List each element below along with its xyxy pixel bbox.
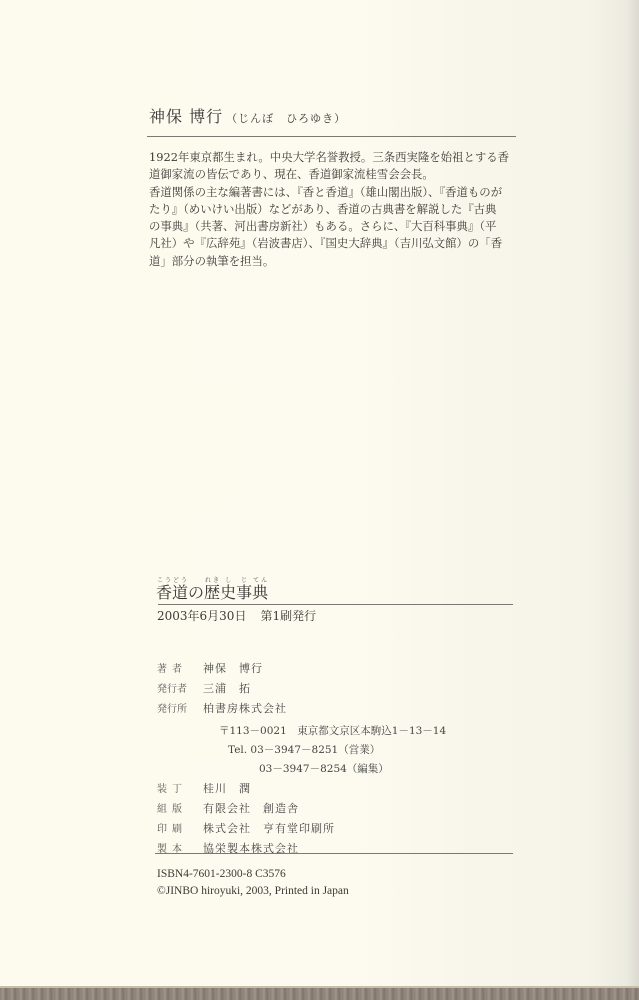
page-bottom-edge [0, 986, 639, 1000]
title-divider [158, 604, 513, 605]
bio-line: の事典』（共著、河出書房新社）もある。さらに、『大百科事典』（平 [149, 218, 519, 235]
author-heading: 神保 博行（じんぼ ひろゆき） [149, 104, 346, 127]
credit-design: 装丁桂川 潤 [157, 780, 251, 796]
credit-label: 印刷 [157, 820, 203, 835]
credit-label: 組版 [157, 800, 203, 815]
credit-value: 柏書房株式会社 [203, 702, 287, 715]
edition: 第1刷発行 [260, 609, 316, 623]
bio-line: 道御家流の皆伝であり、現在、香道御家流桂雪会会長。 [149, 166, 519, 183]
bio-line: 1922年東京都生まれ。中央大学名誉教授。三条西実隆を始祖とする香 [149, 149, 519, 166]
credit-label: 装丁 [157, 780, 203, 795]
credit-publishing-house: 発行所柏書房株式会社 [157, 700, 287, 716]
credit-value: 三浦 拓 [203, 682, 251, 695]
bio-line: 香道関係の主な編著書には、『香と香道』（雄山閣出版）、『香道ものが [149, 184, 519, 201]
bio-line: たり』（めいけい出版）などがあり、香道の古典書を解説した『古典 [149, 201, 519, 218]
credit-author: 著者神保 博行 [157, 660, 263, 676]
bio-line: 凡社）や『広辞苑』（岩波書店）、『国史大辞典』（吉川弘文館）の「香 [149, 235, 519, 252]
isbn-block: ISBN4-7601-2300-8 C3576 ©JINBO hiroyuki,… [157, 866, 349, 900]
credit-value: 有限会社 創造舎 [203, 802, 299, 815]
author-name-reading: （じんぼ ひろゆき） [226, 112, 346, 125]
copyright-notice: ©JINBO hiroyuki, 2003, Printed in Japan [157, 883, 349, 900]
credit-label: 著者 [157, 660, 203, 675]
credit-publisher: 発行者三浦 拓 [157, 680, 251, 696]
credit-value: 神保 博行 [203, 662, 263, 675]
credits-divider [155, 853, 513, 854]
credit-value: 桂川 潤 [203, 782, 251, 795]
credit-typesetting: 組版有限会社 創造舎 [157, 800, 299, 816]
title-char: 事じ [236, 583, 252, 602]
tel-editorial: 03－3947－8254（編集） [259, 761, 389, 776]
credit-value: 株式会社 亨有堂印刷所 [203, 822, 335, 835]
bio-line: 道」部分の執筆を担当。 [149, 253, 519, 270]
author-divider [147, 136, 516, 137]
title-char: 道どう [172, 583, 188, 602]
credit-label: 発行者 [157, 680, 203, 695]
credit-label: 発行所 [157, 700, 203, 715]
book-title: 香こう道どうの歴れき史し事じ典てん [156, 577, 268, 603]
title-char: 香こう [156, 583, 172, 602]
title-char: の [188, 583, 204, 602]
publication-date: 2003年6月30日 [157, 609, 246, 623]
title-char: 典てん [252, 583, 268, 602]
publication-date-line: 2003年6月30日第1刷発行 [157, 607, 316, 624]
author-name: 神保 博行 [149, 107, 223, 126]
isbn-code: ISBN4-7601-2300-8 C3576 [157, 866, 349, 883]
publisher-address: 〒113－0021 東京都文京区本駒込1－13－14 [219, 723, 446, 738]
title-char: 歴れき [204, 583, 220, 602]
credit-printing: 印刷株式会社 亨有堂印刷所 [157, 820, 335, 836]
title-char: 史し [220, 583, 236, 602]
author-bio: 1922年東京都生まれ。中央大学名誉教授。三条西実隆を始祖とする香 道御家流の皆… [149, 149, 519, 270]
colophon-page: 神保 博行（じんぼ ひろゆき） 1922年東京都生まれ。中央大学名誉教授。三条西… [0, 0, 639, 987]
tel-sales: Tel. 03－3947－8251（営業） [228, 742, 380, 757]
